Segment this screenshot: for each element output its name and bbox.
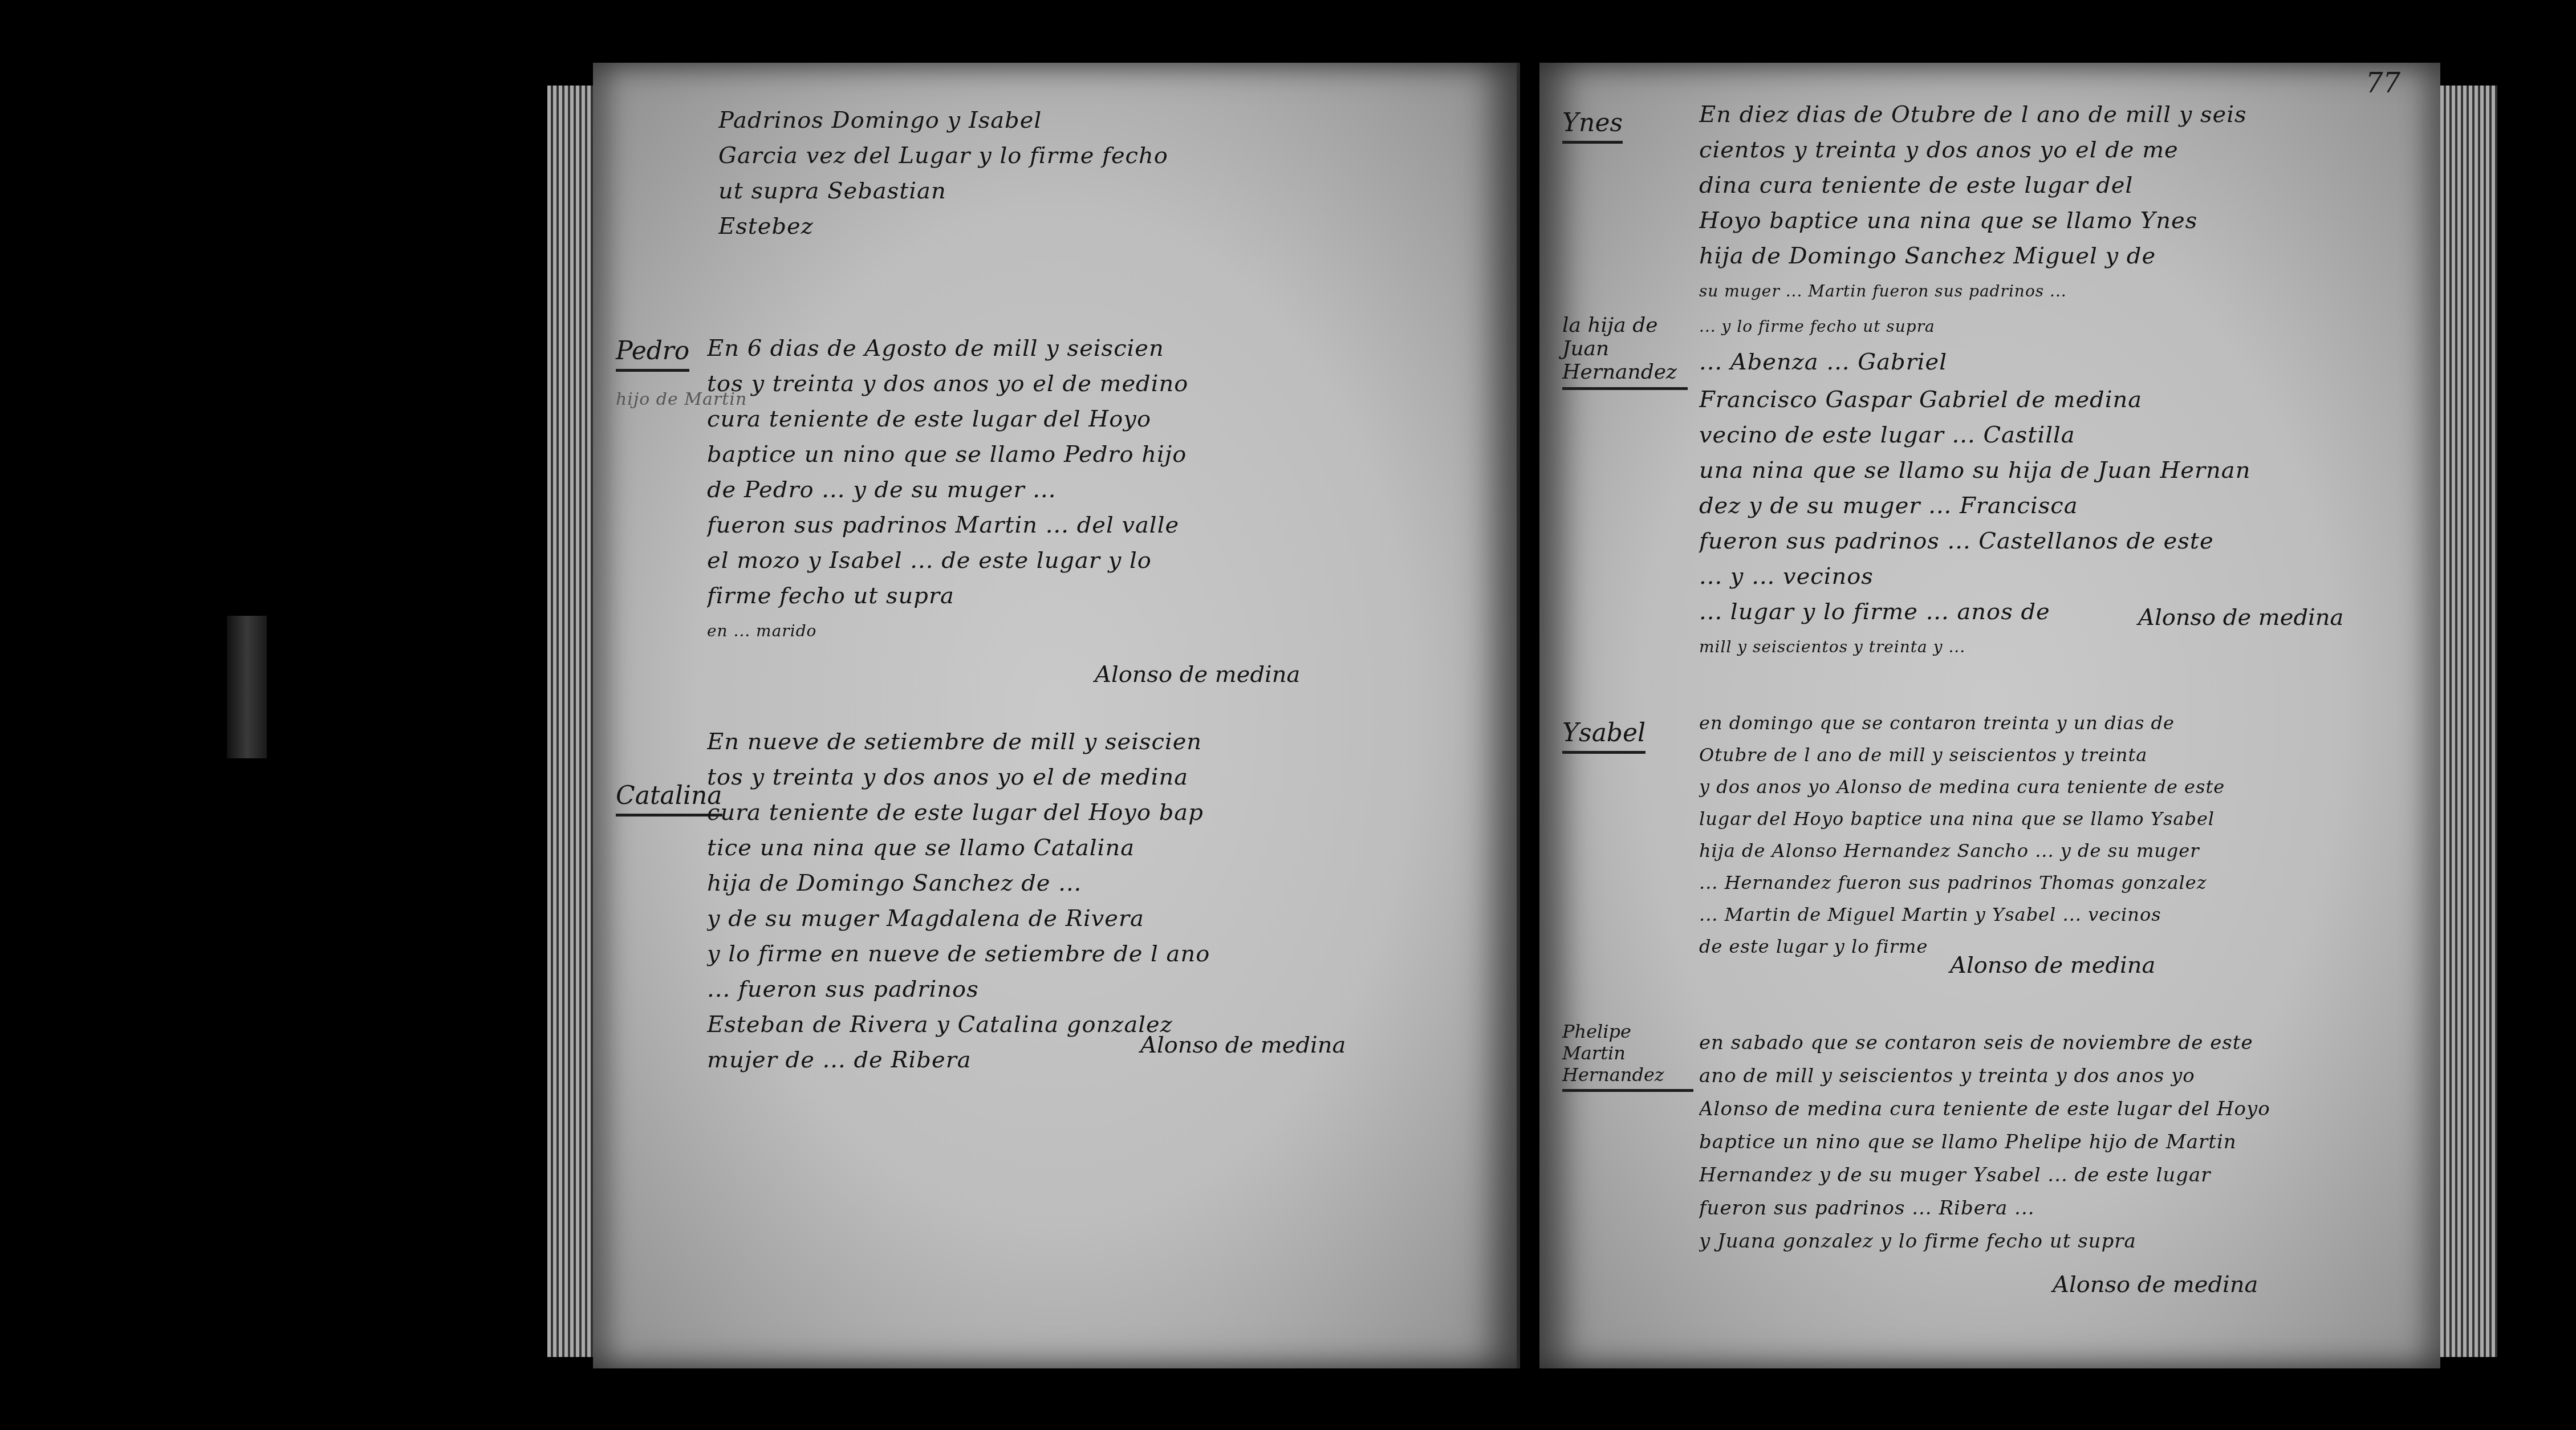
baptism-entry-phelipe: en sabado que se contaron seis de noviem… [1699,1026,2417,1258]
margin-name-ynes: Ynes [1562,108,1623,144]
text-line: tos y treinta y dos anos yo el de medina [707,759,1494,795]
text-line: una nina que se llamo su hija de Juan He… [1699,453,2417,488]
text-line: mill y seiscientos y treinta y ... [1699,629,2417,665]
text-line: ... y ... vecinos [1699,559,2417,594]
open-register-book: Padrinos Domingo y Isabel Garcia vez del… [547,63,2497,1368]
text-line: baptice un nino que se llamo Phelipe hij… [1699,1126,2417,1159]
text-line: fueron sus padrinos ... Ribera ... [1699,1192,2417,1225]
text-line: En nueve de setiembre de mill y seiscien [707,724,1494,759]
text-line: Estebez [718,209,1460,244]
right-page: 77 Ynes En diez dias de Otubre de l ano … [1539,63,2440,1368]
text-line: y de su muger Magdalena de Rivera [707,901,1494,936]
text-line: cura teniente de este lugar del Hoyo [707,401,1494,437]
text-line: Alonso de medina cura teniente de este l… [1699,1092,2417,1126]
left-page: Padrinos Domingo y Isabel Garcia vez del… [593,63,1520,1368]
text-line: Garcia vez del Lugar y lo firme fecho [718,138,1460,173]
text-line: en sabado que se contaron seis de noviem… [1699,1026,2417,1059]
priest-signature: Alonso de medina [2053,1271,2258,1298]
margin-name-hija-juan-hernandez: la hija de Juan Hernandez [1562,314,1688,390]
text-line: ... y lo firme fecho ut supra [1699,309,2417,344]
margin-name-pedro: Pedro [616,336,689,372]
baptism-entry-ynes: En diez dias de Otubre de l ano de mill … [1699,97,2417,380]
scan-background-edge [227,616,267,758]
text-line: y dos anos yo Alonso de medina cura teni… [1699,771,2417,803]
margin-name-catalina: Catalina [616,781,722,816]
text-line: en domingo que se contaron treinta y un … [1699,707,2417,739]
priest-signature: Alonso de medina [2138,604,2343,631]
text-line: hija de Domingo Sanchez de ... [707,866,1494,901]
text-line: En diez dias de Otubre de l ano de mill … [1699,97,2417,132]
priest-signature: Alonso de medina [1950,952,2155,978]
text-line: el mozo y Isabel ... de este lugar y lo [707,543,1494,578]
entry-continuation: Padrinos Domingo y Isabel Garcia vez del… [718,103,1460,244]
text-line: ... Martin de Miguel Martin y Ysabel ...… [1699,899,2417,931]
text-line: tice una nina que se llamo Catalina [707,830,1494,866]
text-line: ... fueron sus padrinos [707,972,1494,1007]
margin-name-ysabel: Ysabel [1562,718,1645,754]
baptism-entry-pedro: En 6 dias de Agosto de mill y seiscien t… [707,331,1494,649]
text-line: Padrinos Domingo y Isabel [718,103,1460,138]
baptism-entry-ysabel: en domingo que se contaron treinta y un … [1699,707,2417,962]
text-line: ut supra Sebastian [718,173,1460,209]
baptism-entry-catalina: En nueve de setiembre de mill y seiscien… [707,724,1494,1078]
left-page-edges [547,86,593,1357]
text-line: vecino de este lugar ... Castilla [1699,417,2417,453]
text-line: ... Hernandez fueron sus padrinos Thomas… [1699,867,2417,899]
text-line: tos y treinta y dos anos yo el de medino [707,366,1494,401]
right-page-edges [2435,86,2497,1357]
text-line: mujer de ... de Ribera [707,1042,1494,1078]
text-line: Francisco Gaspar Gabriel de medina [1699,382,2417,417]
text-line: cura teniente de este lugar del Hoyo bap [707,795,1494,830]
page-number: 77 [2366,67,2400,99]
margin-name-phelipe: Phelipe Martin Hernandez [1562,1021,1693,1092]
text-line: hija de Alonso Hernandez Sancho ... y de… [1699,835,2417,867]
text-line: fueron sus padrinos Martin ... del valle [707,507,1494,543]
text-line: cientos y treinta y dos anos yo el de me [1699,132,2417,168]
text-line: En 6 dias de Agosto de mill y seiscien [707,331,1494,366]
priest-signature: Alonso de medina [1140,1032,1346,1058]
text-line: hija de Domingo Sanchez Miguel y de [1699,238,2417,274]
text-line: lugar del Hoyo baptice una nina que se l… [1699,803,2417,835]
text-line: fueron sus padrinos ... Castellanos de e… [1699,523,2417,559]
text-line: y Juana gonzalez y lo firme fecho ut sup… [1699,1225,2417,1258]
text-line: y lo firme en nueve de setiembre de l an… [707,936,1494,972]
text-line: baptice un nino que se llamo Pedro hijo [707,437,1494,472]
text-line: Hoyo baptice una nina que se llamo Ynes [1699,203,2417,238]
text-line: su muger ... Martin fueron sus padrinos … [1699,274,2417,309]
text-line: dina cura teniente de este lugar del [1699,168,2417,203]
text-line: Otubre de l ano de mill y seiscientos y … [1699,739,2417,771]
text-line: en ... marido [707,614,1494,649]
text-line: ano de mill y seiscientos y treinta y do… [1699,1059,2417,1092]
text-line: Esteban de Rivera y Catalina gonzalez [707,1007,1494,1042]
text-line: firme fecho ut supra [707,578,1494,614]
text-line: dez y de su muger ... Francisca [1699,488,2417,523]
text-line: ... Abenza ... Gabriel [1699,344,2417,380]
text-line: Hernandez y de su muger Ysabel ... de es… [1699,1159,2417,1192]
text-line: de Pedro ... y de su muger ... [707,472,1494,507]
priest-signature: Alonso de medina [1095,661,1300,688]
